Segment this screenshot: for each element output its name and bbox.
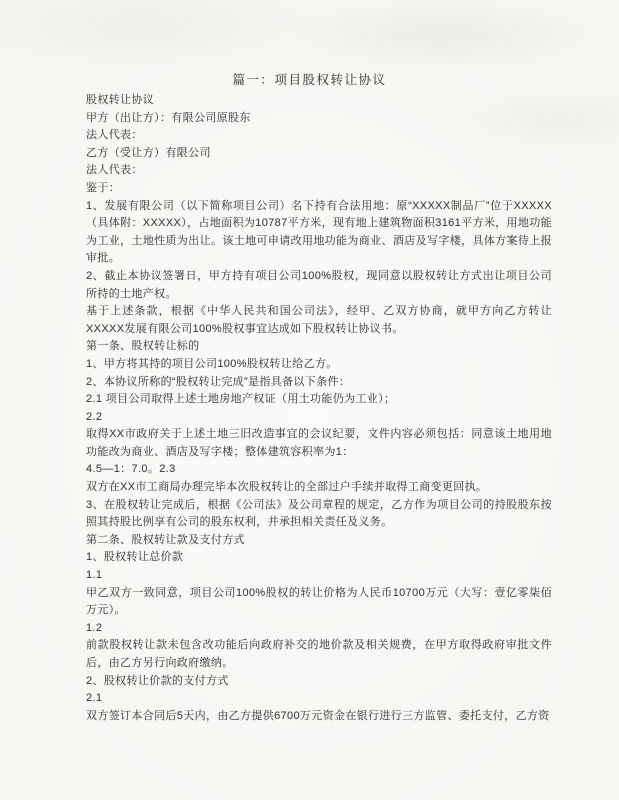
paragraph: 1、甲方将其持的项目公司100%股权转让给乙方。 [86, 356, 552, 374]
paragraph: 前款股权转让款未包含改功能后向政府补交的地价款及相关规费，在甲方取得政府审批文件… [86, 637, 552, 672]
paragraph-whereas: 鉴于： [86, 180, 552, 198]
section-heading-2: 第二条、股权转让款及支付方式 [86, 532, 552, 550]
paragraph: 1、股权转让总价款 [86, 549, 552, 567]
paragraph-party-b: 乙方（受让方）有限公司 [86, 145, 552, 163]
paragraph: 2、本协议所称的“股权转让完成”是指具备以下条件： [86, 374, 552, 392]
paragraph: 取得XX市政府关于上述土地三旧改造事宜的会议纪要，文件内容必须包括：同意该土地用… [86, 426, 552, 461]
paragraph: 2.2 [86, 409, 552, 427]
paragraph: 2.1 [86, 690, 552, 708]
paragraph: 甲乙双方一致同意，项目公司100%股权的转让价格为人民币10700万元（大写：壹… [86, 585, 552, 620]
paragraph: 1.1 [86, 567, 552, 585]
paragraph: 法人代表： [86, 127, 552, 145]
paragraph-party-a: 甲方（出让方）：有限公司原股东 [86, 110, 552, 128]
paragraph: 1、发展有限公司（以下简称项目公司）名下持有合法用地：原“XXXXX制品厂”位于… [86, 198, 552, 268]
paragraph: 2、股权转让价款的支付方式 [86, 673, 552, 691]
paragraph: 2、截止本协议签署日，甲方持有项目公司100%股权，现同意以股权转让方式出让项目… [86, 268, 552, 303]
paragraph: 3、在股权转让完成后，根据《公司法》及公司章程的规定，乙方作为项目公司的持股股东… [86, 497, 552, 532]
document-title: 篇一：项目股权转让协议 [0, 70, 619, 88]
paragraph: 双方签订本合同后5天内，由乙方提供6700万元资金在银行进行三方监管、委托支付，… [86, 708, 552, 726]
paragraph: 双方在XX市工商局办理完毕本次股权转让的全部过户手续并取得工商变更回执。 [86, 479, 552, 497]
paragraph: 2.1 项目公司取得上述土地房地产权证（用土功能仍为工业）； [86, 391, 552, 409]
document-page: 篇一：项目股权转让协议 股权转让协议 甲方（出让方）：有限公司原股东 法人代表：… [0, 0, 619, 800]
paragraph: 股权转让协议 [86, 92, 552, 110]
paragraph: 1.2 [86, 620, 552, 638]
paragraph: 基于上述条款，根据《中华人民共和国公司法》，经甲、乙双方协商，就甲方向乙方转让X… [86, 303, 552, 338]
paragraph: 4.5—1：7.0。2.3 [86, 461, 552, 479]
section-heading-1: 第一条、股权转让标的 [86, 338, 552, 356]
paragraph: 法人代表： [86, 162, 552, 180]
document-body: 股权转让协议 甲方（出让方）：有限公司原股东 法人代表： 乙方（受让方）有限公司… [86, 92, 552, 725]
